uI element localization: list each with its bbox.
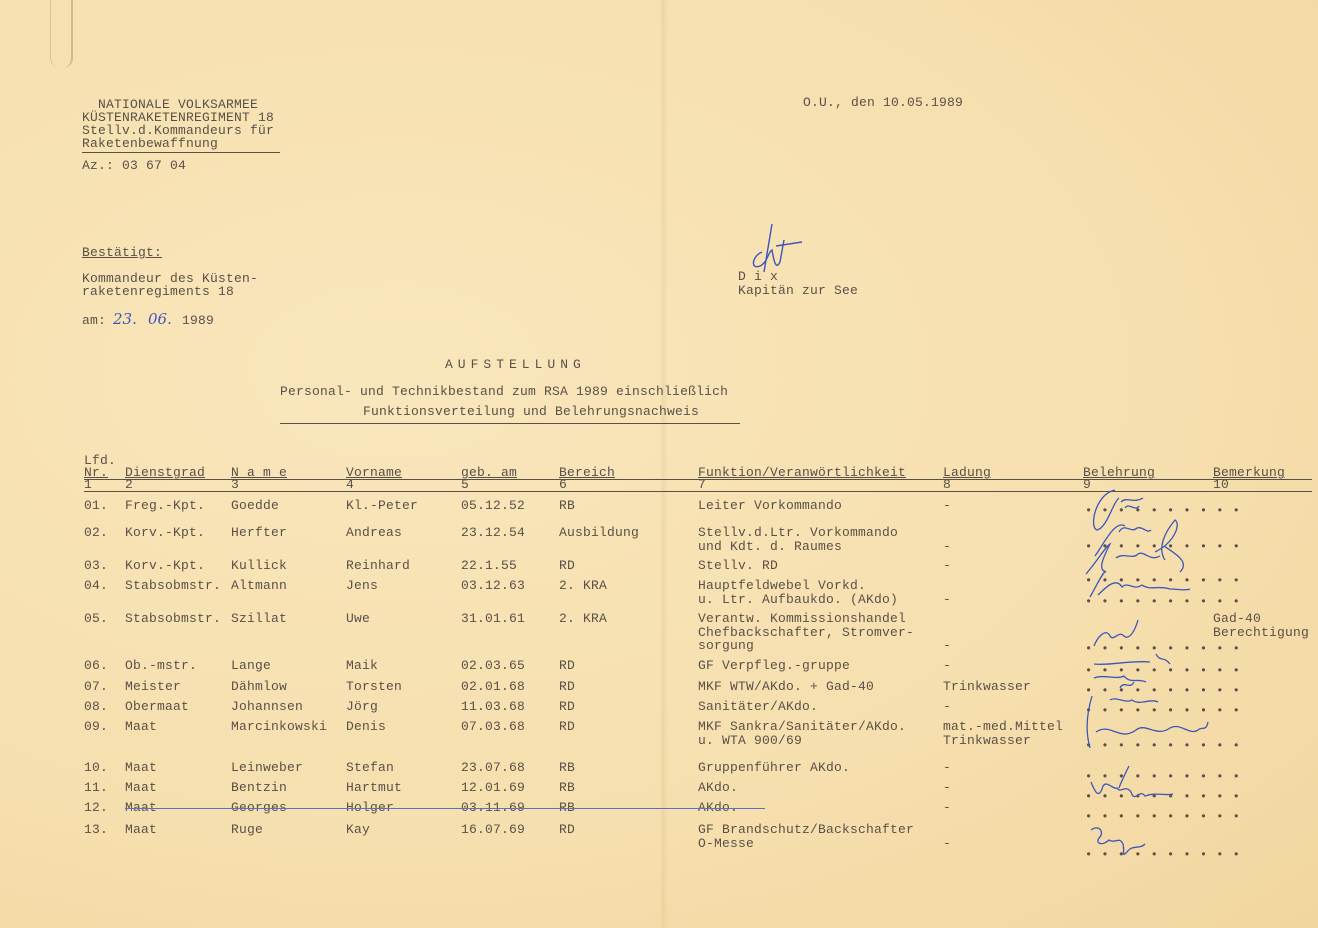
cell-firstname: Kl.-Peter: [346, 499, 418, 513]
cell-function: GF Brandschutz/Backschafter O-Messe: [698, 823, 914, 850]
cell-load: -: [943, 781, 951, 795]
cell-firstname: Uwe: [346, 612, 370, 626]
cell-name: Altmann: [231, 579, 287, 593]
cell-load: -: [943, 499, 951, 513]
cell-name: Ruge: [231, 823, 263, 837]
department-line-2: Raketenbewaffnung: [82, 137, 218, 151]
strikethrough-line: [125, 808, 765, 809]
cell-rank: Maat: [125, 720, 157, 734]
col-num-6: 6: [559, 478, 567, 492]
cell-nr: 01.: [84, 499, 108, 513]
cell-rank: Maat: [125, 781, 157, 795]
cell-function: MKF Sankra/Sanitäter/AKdo. u. WTA 900/69: [698, 720, 906, 747]
col-num-4: 4: [346, 478, 354, 492]
place-date: O.U., den 10.05.1989: [803, 96, 963, 110]
cell-born: 12.01.69: [461, 781, 525, 795]
approval-month-handwritten: 06.: [148, 310, 172, 328]
cell-born: 02.01.68: [461, 680, 525, 694]
cell-area: RD: [559, 720, 575, 734]
cell-born: 03.12.63: [461, 579, 525, 593]
cell-born: 02.03.65: [461, 659, 525, 673]
cell-nr: 04.: [84, 579, 108, 593]
cell-name: Dähmlow: [231, 680, 287, 694]
handwritten-signature: [1085, 776, 1175, 812]
cell-born: 23.12.54: [461, 526, 525, 540]
approval-date-prefix: am:: [82, 314, 106, 328]
col-num-5: 5: [461, 478, 469, 492]
cell-firstname: Jens: [346, 579, 378, 593]
cell-rank: Korv.-Kpt.: [125, 526, 205, 540]
staple-fold-mark: [50, 0, 73, 68]
cell-area: RD: [559, 823, 575, 837]
cell-load: -: [943, 559, 951, 573]
cell-nr: 03.: [84, 559, 108, 573]
handwritten-signature: [1080, 692, 1210, 756]
cell-area: 2. KRA: [559, 612, 607, 626]
approval-line-2: raketenregiments 18: [82, 285, 234, 299]
col-num-10: 10: [1213, 478, 1229, 492]
cell-load: Trinkwasser: [943, 680, 1031, 694]
cell-nr: 10.: [84, 761, 108, 775]
cell-load: -: [943, 801, 951, 815]
cell-function: Hauptfeldwebel Vorkd. u. Ltr. Aufbaukdo.…: [698, 579, 898, 606]
approval-label: Bestätigt:: [82, 246, 162, 260]
cell-area: RD: [559, 680, 575, 694]
col-num-1: 1: [84, 478, 92, 492]
cell-firstname: Kay: [346, 823, 370, 837]
cell-area: RD: [559, 559, 575, 573]
cell-name: Lange: [231, 659, 271, 673]
cell-firstname: Stefan: [346, 761, 394, 775]
cell-firstname: Maik: [346, 659, 378, 673]
cell-load: -: [943, 837, 951, 851]
cell-name: Leinweber: [231, 761, 303, 775]
col-header-born: geb. am: [461, 466, 517, 480]
cell-area: Ausbildung: [559, 526, 639, 540]
cell-nr: 12.: [84, 801, 108, 815]
cell-born: 05.12.52: [461, 499, 525, 513]
cell-function: MKF WTW/AKdo. + Gad-40: [698, 680, 874, 694]
cell-load: -: [943, 700, 951, 714]
col-header-briefing: Belehrung: [1083, 466, 1155, 480]
cell-name: Bentzin: [231, 781, 287, 795]
cell-function: Gruppenführer AKdo.: [698, 761, 850, 775]
cell-area: RD: [559, 700, 575, 714]
col-header-area: Bereich: [559, 466, 615, 480]
cell-firstname: Hartmut: [346, 781, 402, 795]
col-num-3: 3: [231, 478, 239, 492]
cell-rank: Obermaat: [125, 700, 189, 714]
signer-name: D i x: [738, 270, 778, 284]
cell-nr: 13.: [84, 823, 108, 837]
cell-nr: 06.: [84, 659, 108, 673]
cell-firstname: Denis: [346, 720, 386, 734]
handwritten-signature: [1082, 567, 1192, 605]
col-num-8: 8: [943, 478, 951, 492]
cell-nr: 07.: [84, 680, 108, 694]
cell-nr: 09.: [84, 720, 108, 734]
cell-firstname: Reinhard: [346, 559, 410, 573]
cell-function: AKdo.: [698, 781, 738, 795]
col-header-name: N a m e: [231, 466, 287, 480]
handwritten-signature: [1085, 822, 1155, 862]
cell-remark: Gad-40 Berechtigung: [1213, 612, 1309, 639]
cell-name: Herfter: [231, 526, 287, 540]
cell-function: GF Verpfleg.-gruppe: [698, 659, 850, 673]
cell-rank: Korv.-Kpt.: [125, 559, 205, 573]
cell-function: Sanitäter/AKdo.: [698, 700, 818, 714]
cell-firstname: Andreas: [346, 526, 402, 540]
cell-function: Leiter Vorkommando: [698, 499, 842, 513]
cell-area: 2. KRA: [559, 579, 607, 593]
cell-rank: Ob.-mstr.: [125, 659, 197, 673]
cell-rank: Stabsobmstr.: [125, 612, 221, 626]
col-num-2: 2: [125, 478, 133, 492]
cell-name: Johannsen: [231, 700, 303, 714]
cell-nr: 11.: [84, 781, 108, 795]
cell-function: Stellv.d.Ltr. Vorkommando und Kdt. d. Ra…: [698, 526, 898, 553]
approval-day-handwritten: 23.: [113, 310, 137, 328]
document-title: AUFSTELLUNG: [445, 358, 586, 372]
cell-born: 31.01.61: [461, 612, 525, 626]
cell-area: RB: [559, 761, 575, 775]
cell-born: 22.1.55: [461, 559, 517, 573]
cell-born: 23.07.68: [461, 761, 525, 775]
cell-load: -: [943, 639, 951, 653]
cell-nr: 05.: [84, 612, 108, 626]
cell-name: Goedde: [231, 499, 279, 513]
cell-firstname: Torsten: [346, 680, 402, 694]
cell-load: mat.-med.Mittel Trinkwasser: [943, 720, 1063, 747]
cell-function: Verantw. Kommissionshandel Chefbackschaf…: [698, 612, 914, 653]
header-underline: [82, 152, 280, 153]
reference-number: Az.: 03 67 04: [82, 159, 186, 173]
cell-area: RB: [559, 781, 575, 795]
document-subtitle-1: Personal- und Technikbestand zum RSA 198…: [280, 385, 728, 399]
signer-rank: Kapitän zur See: [738, 284, 858, 298]
cell-area: RD: [559, 659, 575, 673]
cell-load: -: [943, 540, 951, 554]
cell-name: Szillat: [231, 612, 287, 626]
col-header-function: Funktion/Veranwörtlichkeit: [698, 466, 906, 480]
cell-name: Kullick: [231, 559, 287, 573]
cell-load: -: [943, 593, 951, 607]
cell-function: Stellv. RD: [698, 559, 778, 573]
approval-year: 1989: [182, 314, 214, 328]
col-header-firstname: Vorname: [346, 466, 402, 480]
cell-rank: Stabsobmstr.: [125, 579, 221, 593]
cell-area: RB: [559, 499, 575, 513]
cell-rank: Maat: [125, 761, 157, 775]
cell-nr: 08.: [84, 700, 108, 714]
cell-born: 07.03.68: [461, 720, 525, 734]
cell-rank: Freg.-Kpt.: [125, 499, 205, 513]
cell-born: 11.03.68: [461, 700, 525, 714]
col-header-rank: Dienstgrad: [125, 466, 205, 480]
col-num-7: 7: [698, 478, 706, 492]
cell-load: -: [943, 659, 951, 673]
cell-rank: Meister: [125, 680, 181, 694]
cell-firstname: Jörg: [346, 700, 378, 714]
cell-name: Marcinkowski: [231, 720, 327, 734]
cell-nr: 02.: [84, 526, 108, 540]
cell-load: -: [943, 761, 951, 775]
cell-born: 16.07.69: [461, 823, 525, 837]
title-underline: [280, 423, 740, 424]
cell-rank: Maat: [125, 823, 157, 837]
document-subtitle-2: Funktionsverteilung und Belehrungsnachwe…: [363, 405, 699, 419]
